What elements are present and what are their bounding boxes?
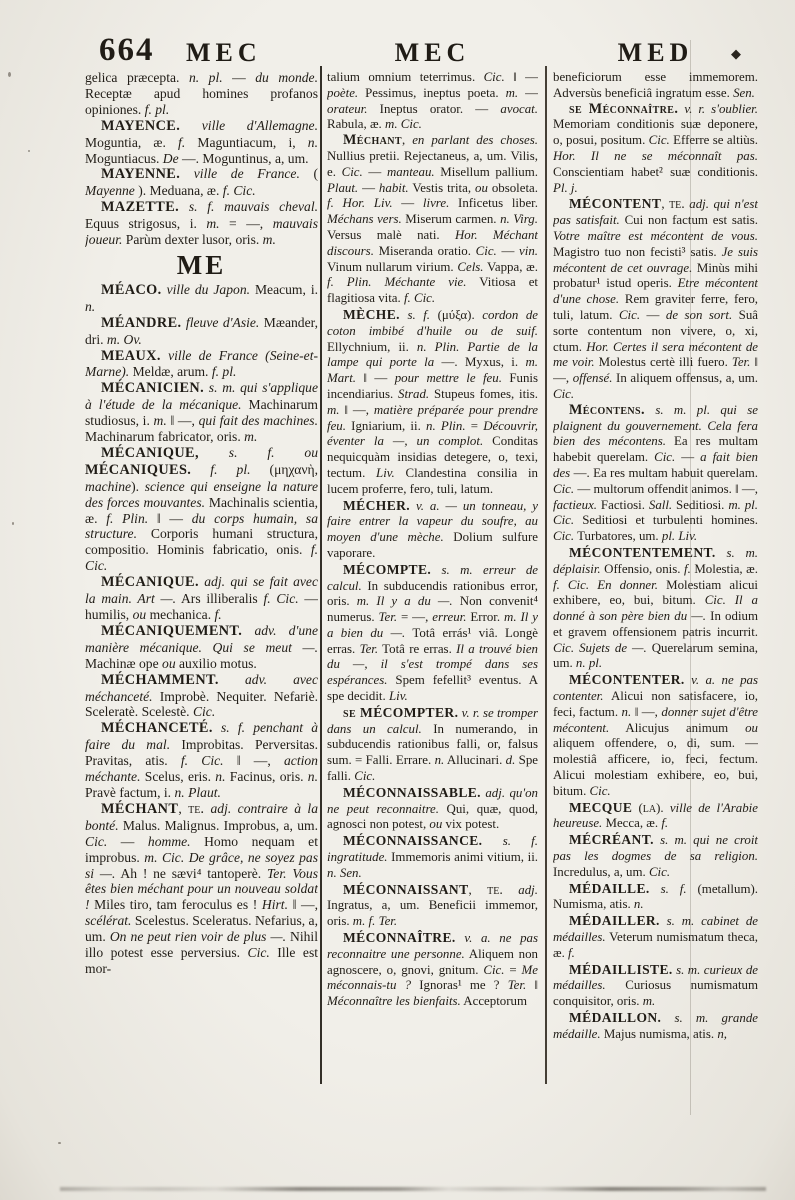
dictionary-entry: MÉDAILLON. s. m. grande médaille. Majus … (553, 1010, 758, 1043)
column-rule-left (320, 66, 322, 1084)
french-italic-text: Cic. (654, 450, 675, 464)
latin-roman-text: Ellychnium, ii. (327, 340, 417, 354)
latin-roman-text: Error. (466, 610, 504, 624)
french-italic-text: en parlant des choses. (412, 133, 538, 147)
french-italic-text: erreur. (432, 610, 466, 624)
latin-roman-text: — (393, 196, 423, 210)
french-italic-text: Pl. j. (553, 181, 578, 195)
ink-speck (58, 1142, 61, 1144)
french-italic-text: Cic. (85, 834, 107, 849)
latin-roman-text: ‖ (526, 978, 538, 992)
latin-roman-text: Allucinari. (444, 753, 505, 767)
french-italic-text: ou (429, 817, 442, 831)
french-italic-text: Cic. (553, 529, 574, 543)
latin-roman-text: Facinus, oris. (225, 769, 307, 784)
french-italic-text: qui fait des machines. (199, 413, 318, 428)
latin-roman-text: Efferre se altiùs. (670, 133, 758, 147)
dictionary-entry: MÉCANIQUE, s. f. ou MÉCANIQUES. f. pl. (… (85, 445, 318, 574)
dictionary-entry: MÉCHANCETÉ. s. f. penchant à faire du ma… (85, 720, 318, 801)
french-italic-text: m. Cic. (385, 117, 422, 131)
french-italic-text: Cic. (248, 945, 270, 960)
latin-roman-text: = —, (220, 216, 273, 231)
french-italic-text: n. pl. (576, 656, 602, 670)
french-italic-text: factieux. (553, 498, 597, 512)
dictionary-entry: beneficiorum esse immemorem. Adversùs be… (553, 70, 758, 102)
dictionary-entry: MÉCHANT, te. adj. contraire à la bonté. … (85, 801, 318, 977)
scan-smudge (60, 1187, 766, 1191)
headword-smallcaps: se (343, 705, 360, 721)
headword: MÉDAILLE. (569, 881, 650, 896)
french-italic-text: n. (634, 897, 644, 911)
french-italic-text: Cic. (193, 704, 215, 719)
french-italic-text: Cic. (483, 963, 504, 977)
latin-roman-text: Seditiosi et turbulenti homines. (574, 513, 758, 527)
headword: MÉDAILLON. (569, 1010, 661, 1025)
latin-roman-text: Pessimus, ineptus poeta. (358, 86, 505, 100)
latin-roman-text: gelica præcepta. (85, 70, 189, 85)
french-italic-text: m. (263, 232, 276, 247)
headword: MÉANDRE. (101, 315, 181, 331)
french-italic-text: avocat. (500, 102, 538, 116)
french-italic-text: ville du Japon. (162, 282, 250, 297)
latin-roman-text: ‖ —, (224, 753, 284, 768)
headword: MÉCONNAÎTRE. (343, 930, 456, 945)
french-italic-text: ou (133, 607, 147, 622)
dictionary-entry: MÉCONTENT, te. adj. qui n'est pas satisf… (553, 196, 758, 402)
french-italic-text: Méconnaître les bienfaits. (327, 994, 461, 1008)
french-italic-text: s. f. (400, 308, 430, 322)
latin-roman-text: Conscientiam habet² suæ conditionis. (553, 165, 758, 179)
french-italic-text: offensé. (573, 371, 613, 385)
latin-roman-text: —. Ea res multam habuit querelam. (570, 466, 758, 480)
headword: MÈCHE. (343, 307, 400, 322)
french-italic-text: Liv. (389, 689, 408, 703)
latin-roman-text: , (178, 801, 188, 816)
headword: MÉCANIQUEMENT. (101, 623, 242, 639)
headword: MÉCONTENTEMENT. (569, 545, 716, 560)
latin-roman-text: Totâ re erras. (378, 642, 456, 656)
latin-roman-text: Maguntiacum, i, (185, 135, 308, 150)
french-italic-text: du monde. (255, 70, 318, 85)
french-italic-text: Ter. (360, 642, 379, 656)
french-italic-text: m. Ov. (107, 332, 142, 347)
french-italic-text: machine (85, 479, 131, 494)
french-italic-text: fleuve d'Asie. (181, 315, 259, 330)
french-italic-text: Cic. (619, 308, 640, 322)
headword: MÉACO. (101, 282, 162, 298)
latin-roman-text: Receptæ apud homines profanos opiniones. (85, 86, 318, 117)
latin-roman-text: ( (300, 166, 318, 181)
dictionary-entry: MÉCONNAISSANCE. s. f. ingratitude. Immem… (327, 833, 538, 881)
page-number: 664 (99, 32, 155, 69)
dictionary-entry: MECQUE (la). ville de l'Arabie heureuse.… (553, 800, 758, 833)
headword: MÉCHER. (343, 498, 410, 513)
french-italic-text: f. Hor. Liv. (327, 196, 393, 210)
latin-roman-text: Versus malè nati. (327, 228, 455, 242)
dictionary-entry: se Méconnaître. v. r. s'oublier. Memoria… (553, 102, 758, 197)
headword: MÉCOMPTER. (360, 705, 458, 720)
ink-speck (8, 72, 11, 77)
gender-marker: la (643, 801, 656, 816)
dictionary-entry: Méchant, en parlant des choses. Nullius … (327, 133, 538, 307)
french-italic-text: Cic. (484, 70, 505, 84)
headword-smallcaps: Mécontens. (569, 402, 645, 418)
latin-roman-text: Miseranda oratio. (374, 244, 476, 258)
latin-roman-text: ‖ —, (167, 413, 199, 428)
dictionary-entry: MÉANDRE. fleuve d'Asie. Mæander, dri. m.… (85, 315, 318, 348)
ink-speck (12, 522, 14, 525)
dictionary-entry: MÉDAILLE. s. f. (metallum). Numisma, ati… (553, 881, 758, 914)
dictionary-entry: MÉCONNAISSANT, te. adj. Ingratus, a, um.… (327, 882, 538, 930)
latin-roman-text: Incredulus, a, um. (553, 865, 649, 879)
latin-roman-text: Molestus certè illi fuero. (595, 355, 732, 369)
dictionary-entry: MAYENNE. ville de France. ( Mayenne ). M… (85, 166, 318, 199)
french-italic-text: Cic. (476, 244, 497, 258)
dictionary-entry: MÉCANIQUE. adj. qui se fait avec la main… (85, 574, 318, 623)
headword: MEAUX. (101, 348, 161, 364)
french-italic-text: Plaut. (327, 181, 358, 195)
headword: MÉCANIQUES. (85, 462, 191, 478)
french-italic-text: n. (85, 299, 95, 314)
latin-roman-text: Meacum, i. (250, 282, 318, 297)
french-italic-text: f. (215, 607, 222, 622)
french-italic-text: n. Virg. (500, 212, 538, 226)
headword: MÉCHANT (101, 801, 178, 817)
latin-roman-text: ). Meduana, æ. (135, 183, 223, 198)
latin-roman-text: Molestia, æ. (691, 562, 758, 576)
french-italic-text: f. (661, 816, 668, 830)
latin-roman-text: Offensio, onis. (601, 562, 684, 576)
french-italic-text: s. f. mauvais cheval. (179, 199, 318, 214)
gender-marker: te. (669, 197, 685, 212)
latin-roman-text: Vinum nullarum virium. (327, 260, 457, 274)
latin-roman-text: beneficiorum esse immemorem. Adversùs be… (553, 70, 758, 100)
headword: MÉCONNAISSANT (343, 882, 469, 897)
latin-roman-text: In aliquem offensus, a, um. (612, 371, 758, 385)
dictionary-entry: MÉACO. ville du Japon. Meacum, i. n. (85, 282, 318, 315)
headword: MÉCHAMMENT. (101, 672, 219, 688)
french-italic-text: homme. (148, 834, 191, 849)
latin-roman-text: mechanica. (146, 607, 214, 622)
latin-roman-text: Ah ! ne sævi⁴ tantoperè. (115, 866, 267, 881)
french-italic-text: n. (622, 705, 632, 719)
dictionary-entry: MÈCHE. s. f. (μύξα). cordon de coton imb… (327, 307, 538, 498)
french-italic-text: m. (327, 403, 340, 417)
latin-roman-text: — (675, 450, 700, 464)
latin-roman-text: Parùm dexter lusor, oris. (122, 232, 262, 247)
scan-fold-line (690, 40, 691, 1115)
french-italic-text: manteau. (387, 165, 435, 179)
french-italic-text: f. (568, 946, 575, 960)
french-italic-text: vin. (519, 244, 538, 258)
latin-roman-text: , (661, 197, 669, 211)
headword: MÉCANIQUE, (101, 445, 199, 461)
headword: MÉDAILLER. (569, 913, 660, 928)
dictionary-entry: MÉCRÉANT. s. m. qui ne croit pas les dog… (553, 832, 758, 880)
french-italic-text: Cic. (553, 482, 574, 496)
latin-roman-text: — (223, 70, 256, 85)
dictionary-entry: MÉDAILLISTE. s. m. curieux de médailles.… (553, 962, 758, 1010)
latin-roman-text: Malus. Malignus. Improbus, a, um. (119, 818, 318, 833)
latin-roman-text: Stupeus fomes, itis. (429, 387, 538, 401)
dictionary-entry: MÉCONNAÎTRE. v. a. ne pas reconnaitre un… (327, 930, 538, 1010)
running-head-left: MEC (186, 38, 262, 68)
latin-roman-text: — (363, 165, 387, 179)
french-italic-text: habit. (379, 181, 409, 195)
french-italic-text: n. (308, 135, 318, 150)
french-italic-text: pl. Liv. (662, 529, 697, 543)
latin-roman-text: Rabula, æ. (327, 117, 385, 131)
dictionary-entry: MÉCANIQUEMENT. adv. d'une manière mécani… (85, 623, 318, 672)
headword: MÉCONNAISSANCE. (343, 833, 482, 848)
french-italic-text: Méchans vers. (327, 212, 402, 226)
french-italic-text: m. (244, 429, 257, 444)
french-italic-text: On ne peut rien voir de plus —. (110, 929, 286, 944)
french-italic-text: de son sort. (666, 308, 732, 322)
latin-roman-text: — (107, 834, 148, 849)
french-italic-text: f. Plin. (106, 511, 148, 526)
latin-roman-text: — (358, 181, 379, 195)
latin-roman-text: Ineptus orator. — (367, 102, 500, 116)
french-italic-text: adj. (503, 883, 538, 897)
latin-roman-text: Cui non factum est satis. (620, 213, 758, 227)
latin-roman-text: aliquem offendere, o, di, sum. — molesti… (553, 736, 758, 797)
french-italic-text: f. Cic. (223, 183, 256, 198)
french-italic-text: f. Cic. (263, 591, 298, 606)
french-italic-text: n. Plin. (426, 419, 466, 433)
french-italic-text: Cic. (649, 865, 670, 879)
latin-roman-text: Vestis trita, (409, 181, 475, 195)
french-italic-text: f. Cic. (181, 753, 224, 768)
headword: MÉCANICIEN. (101, 380, 204, 396)
latin-roman-text: (μηχανὴ, (251, 462, 318, 477)
french-italic-text: m. (643, 994, 656, 1008)
latin-roman-text: Ignoras¹ me ? (411, 978, 508, 992)
running-head-right: MED (553, 38, 758, 68)
french-italic-text: m. (506, 86, 519, 100)
latin-roman-text: Igniarium, ii. (346, 419, 426, 433)
french-italic-text: ville d'Allemagne. (180, 118, 318, 133)
french-italic-text: Cels. (457, 260, 483, 274)
french-italic-text: livre. (423, 196, 449, 210)
headword-smallcaps: se Méconnaître. (569, 101, 678, 117)
french-italic-text: Sall. (649, 498, 672, 512)
headword: MÉDAILLISTE. (569, 962, 673, 977)
french-italic-text: Mayenne (85, 183, 135, 198)
latin-roman-text: — (640, 308, 666, 322)
french-italic-text: n. Plaut. (174, 785, 220, 800)
french-italic-text: Hirt. (262, 897, 288, 912)
french-italic-text: Liv. (376, 466, 395, 480)
headword-smallcaps: Méchant (343, 132, 402, 148)
latin-roman-text: Seditiosi. (672, 498, 728, 512)
headword: MAYENNE. (101, 166, 180, 182)
french-italic-text: f. Plin. Méchante vie. (327, 275, 467, 289)
french-italic-text: m. (206, 216, 219, 231)
latin-roman-text: Miserum carmen. (402, 212, 500, 226)
french-italic-text: f. pl. (191, 462, 250, 477)
latin-roman-text: auxilio motus. (176, 656, 257, 671)
latin-roman-text: = (504, 963, 521, 977)
latin-roman-text: Equus strigosus, i. (85, 216, 206, 231)
dictionary-entry: MÉCOMPTE. s. m. erreur de calcul. In sub… (327, 562, 538, 705)
french-italic-text: Cic. (342, 165, 363, 179)
french-italic-text: d. (506, 753, 516, 767)
dictionary-entry: Mécontens. s. m. pl. qui se plaignent du… (553, 403, 758, 545)
latin-roman-text: Moguntiacus. (85, 151, 163, 166)
gender-marker: te. (188, 801, 204, 817)
french-italic-text: f. Cic. (404, 291, 435, 305)
french-italic-text: s. f. (650, 882, 687, 896)
dictionary-entry: MÉCHER. v. a. — un tonneau, y faire entr… (327, 498, 538, 562)
french-italic-text: m. Il y a du —. (357, 594, 453, 608)
french-italic-text: Strad. (398, 387, 429, 401)
dictionary-entry: MEAUX. ville de France (Seine-et-Marne).… (85, 348, 318, 381)
latin-roman-text: Pravè factum, i. (85, 785, 174, 800)
latin-roman-text: Immemoris animi vitium, ii. (388, 850, 538, 864)
latin-roman-text: — (518, 86, 538, 100)
latin-roman-text: Acceptorum (461, 994, 527, 1008)
latin-roman-text: ). (131, 479, 145, 494)
headword: MÉCONTENT (569, 196, 661, 211)
headword: MÉCHANCETÉ. (101, 720, 213, 736)
latin-roman-text: Mecca, æ. (602, 816, 661, 830)
french-italic-text: n. pl. (189, 70, 223, 85)
latin-roman-text: ‖ — (505, 70, 538, 84)
french-italic-text: n. Sen. (327, 866, 362, 880)
latin-roman-text: Meldæ, arum. (129, 364, 212, 379)
latin-roman-text: —. Moguntinus, a, um. (179, 151, 309, 166)
latin-roman-text: —. Myxus, i. (434, 355, 525, 369)
latin-roman-text: Vappa, æ. (484, 260, 538, 274)
dictionary-entry: talium omnium teterrimus. Cic. ‖ — poète… (327, 70, 538, 133)
latin-roman-text: ‖ —, (340, 403, 374, 417)
latin-roman-text: vix potest. (442, 817, 499, 831)
latin-roman-text: ‖ — (148, 511, 192, 526)
section-heading: ME (85, 258, 318, 274)
french-italic-text: f. pl. (212, 364, 237, 379)
french-italic-text: Votre maître est mécontent de vous. (553, 229, 758, 243)
header-ornament: ◆ (731, 46, 741, 62)
french-italic-text: n. (215, 769, 225, 784)
dictionary-entry: MÉCANICIEN. s. m. qui s'applique à l'étu… (85, 380, 318, 445)
latin-roman-text: Turbatores, um. (574, 529, 662, 543)
column-rule-right (545, 66, 547, 1084)
latin-roman-text: talium omnium teterrimus. (327, 70, 484, 84)
french-italic-text: ou (162, 656, 176, 671)
french-italic-text: ou (745, 721, 758, 735)
dictionary-column-left: gelica præcepta. n. pl. — du monde. Rece… (85, 70, 318, 1086)
headword: MÉCOMPTE. (343, 562, 431, 577)
dictionary-column-middle: talium omnium teterrimus. Cic. ‖ — poète… (327, 70, 538, 1086)
latin-roman-text: Misellum pallium. (435, 165, 538, 179)
latin-roman-text: Machinarum fabricator, oris. (85, 429, 244, 444)
french-italic-text: Cic. (553, 387, 574, 401)
headword: MÉCRÉANT. (569, 832, 654, 847)
dictionary-entry: MÉCONNAISSABLE. adj. qu'on ne peut recon… (327, 785, 538, 833)
latin-roman-text: Miles tiro, tam feroculus es ! (90, 897, 262, 912)
latin-roman-text: obsoleta. (488, 181, 538, 195)
dictionary-entry: MAYENCE. ville d'Allemagne. Moguntia, æ.… (85, 118, 318, 167)
dictionary-entry: MÉCONTENTEMENT. s. m. déplaisir. Offensi… (553, 545, 758, 672)
french-italic-text: Cic. (354, 769, 375, 783)
french-italic-text: n. (435, 753, 445, 767)
french-italic-text: m. f. Ter. (353, 914, 397, 928)
french-italic-text: f. Cic. En donner. (553, 578, 658, 592)
french-italic-text: De (163, 151, 179, 166)
french-italic-text: Ter. (508, 978, 527, 992)
headword: MAZETTE. (101, 199, 179, 215)
french-italic-text: Ter. (732, 355, 751, 369)
french-italic-text: Sen. (733, 86, 755, 100)
latin-roman-text: Inficetus liber. (449, 196, 538, 210)
latin-roman-text: , (469, 883, 488, 897)
latin-roman-text: = —, (397, 610, 432, 624)
latin-roman-text: = (466, 419, 484, 433)
dictionary-entry: gelica præcepta. n. pl. — du monde. Rece… (85, 70, 318, 118)
french-italic-text: Cic. Sujets de —. (553, 641, 647, 655)
latin-roman-text: Scelus, eris. (140, 769, 215, 784)
dictionary-entry: MÉCONTENTER. v. a. ne pas contenter. Ali… (553, 672, 758, 799)
french-italic-text: m. (154, 413, 167, 428)
french-italic-text: pour mettre le feu. (395, 371, 502, 385)
latin-roman-text: ‖ —, (631, 705, 661, 719)
french-italic-text: s. f. ou (199, 445, 318, 460)
french-italic-text: scélérat. (85, 913, 131, 928)
gender-marker: te. (487, 883, 503, 898)
dictionary-column-right: beneficiorum esse immemorem. Adversùs be… (553, 70, 758, 1086)
french-italic-text: n. (308, 769, 318, 784)
headword: MÉCANIQUE. (101, 574, 199, 590)
headword: MECQUE (569, 800, 632, 815)
latin-roman-text: ‖ —, (288, 897, 318, 912)
running-head-middle: MEC (327, 38, 538, 68)
dictionary-entry: MÉDAILLER. s. m. cabinet de médailles. V… (553, 913, 758, 961)
french-italic-text: f. pl. (145, 102, 170, 117)
french-italic-text: orateur. (327, 102, 367, 116)
french-italic-text: Cic. (590, 784, 611, 798)
latin-roman-text: Ars illiberalis (176, 591, 263, 606)
headword: MAYENCE. (101, 118, 180, 134)
latin-roman-text: Machinæ ope (85, 656, 162, 671)
french-italic-text: n, (717, 1027, 727, 1041)
latin-roman-text: Magistro tuo non fecisti³ satis. (553, 245, 722, 259)
dictionary-entry: se MÉCOMPTER. v. r. se tromper dans un c… (327, 705, 538, 785)
french-italic-text: Hor. Il ne se méconnaît pas. (553, 149, 758, 163)
latin-roman-text: Factiosi. (597, 498, 649, 512)
latin-roman-text: ( (632, 801, 642, 815)
headword: MÉCONTENTER. (569, 672, 685, 687)
latin-roman-text: ‖ — (356, 371, 395, 385)
french-italic-text: Ter. (379, 610, 398, 624)
ink-speck (28, 150, 30, 152)
french-italic-text: Cic. (649, 133, 670, 147)
latin-roman-text: — multorum offendit animos. ‖ —, (574, 482, 758, 496)
headword: MÉCONNAISSABLE. (343, 785, 481, 800)
latin-roman-text: , (402, 133, 412, 147)
latin-roman-text: (μύξα). (430, 308, 482, 322)
dictionary-page: 664 MEC MEC MED ◆ gelica præcepta. n. pl… (0, 0, 795, 1200)
dictionary-entry: MAZETTE. s. f. mauvais cheval. Equus str… (85, 199, 318, 248)
dictionary-entry: MÉCHAMMENT. adv. avec méchanceté. Improb… (85, 672, 318, 721)
french-italic-text: poète. (327, 86, 358, 100)
latin-roman-text: — (497, 244, 519, 258)
french-italic-text: ou (475, 181, 488, 195)
latin-roman-text: ). (656, 801, 670, 815)
latin-roman-text: Alicujus animum (609, 721, 745, 735)
latin-roman-text: Majus numisma, atis. (601, 1027, 718, 1041)
latin-roman-text: Moguntia, æ. (85, 135, 178, 150)
